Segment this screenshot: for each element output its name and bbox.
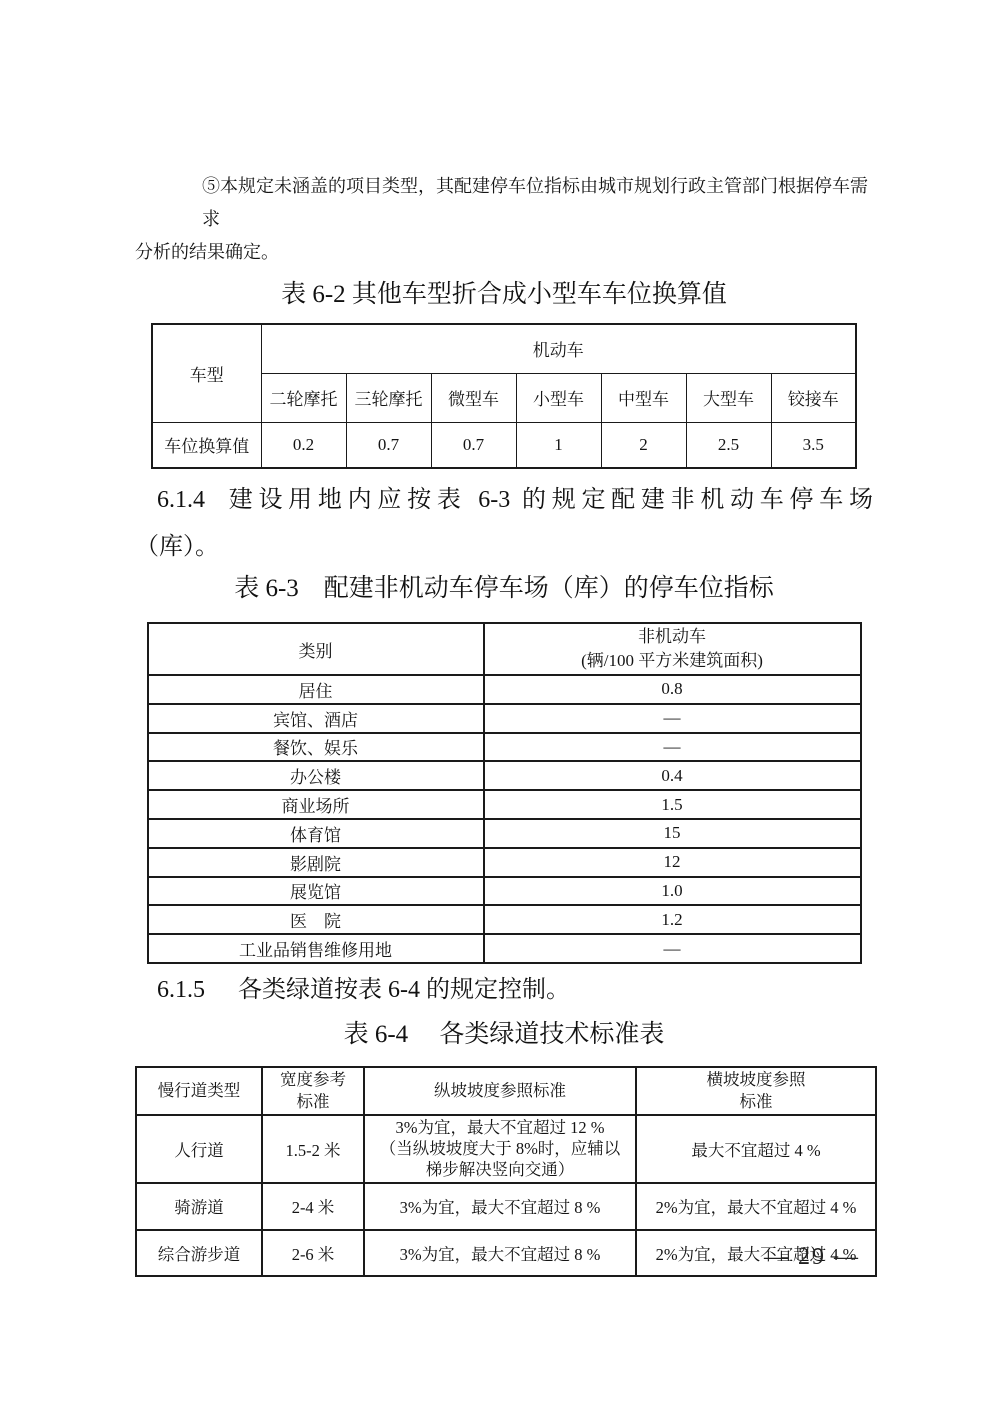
table-row: 车位换算值 0.2 0.7 0.7 1 2 2.5 3.5 [152,422,856,468]
table-row: 办公楼 0.4 [148,761,861,790]
category-cell: 影剧院 [148,848,484,877]
table-6-4-title: 表 6-4 各类绿道技术标准表 [135,1018,873,1052]
longitudinal-slope-cell: 3%为宜，最大不宜超过 8 % [364,1230,636,1276]
category-cell: 餐饮、娱乐 [148,733,484,762]
category-cell: 办公楼 [148,761,484,790]
category-cell: 商业场所 [148,790,484,819]
table-row: 工业品销售维修用地 — [148,934,861,963]
column-header-cell: 三轮摩托 [346,373,431,422]
table-row: 展览馆 1.0 [148,877,861,906]
table-row: 居住 0.8 [148,675,861,704]
row-label-cell: 车位换算值 [152,422,261,468]
value-cell: 3.5 [771,422,856,468]
cross-slope-header-line-2: 标准 [637,1091,875,1113]
longitudinal-slope-cell: 3%为宜，最大不宜超过 8 % [364,1183,636,1230]
table-row: 骑游道 2-4 米 3%为宜，最大不宜超过 8 % 2%为宜，最大不宜超过 4 … [136,1183,876,1230]
value-cell: 1.2 [484,905,861,934]
table-row: 车型 机动车 [152,324,856,373]
non-motor-header-line-1: 非机动车 [485,625,860,649]
category-cell: 展览馆 [148,877,484,906]
width-cell: 2-6 米 [262,1230,364,1276]
category-cell: 工业品销售维修用地 [148,934,484,963]
section-6-1-5-line-1: 6.1.5各类绿道按表 6-4 的规定控制。 [135,975,873,1005]
table-6-3: 类别 非机动车 (辆/100 平方米建筑面积) 居住 0.8 宾馆、酒店 — 餐… [147,622,862,964]
page-number: — 29 — [764,1244,860,1271]
column-header-cell: 微型车 [431,373,516,422]
column-header-cell: 中型车 [601,373,686,422]
motor-vehicle-group-header-cell: 机动车 [261,324,856,373]
intro-line-1: ⑤本规定未涵盖的项目类型，其配建停车位指标由城市规划行政主管部门根据停车需求 [135,170,873,236]
section-text: 各类绿道按表 6-4 的规定控制。 [238,977,570,1003]
page-content: ⑤本规定未涵盖的项目类型，其配建停车位指标由城市规划行政主管部门根据停车需求 分… [0,0,992,1277]
value-cell: 0.4 [484,761,861,790]
intro-paragraph: ⑤本规定未涵盖的项目类型，其配建停车位指标由城市规划行政主管部门根据停车需求 分… [135,170,873,269]
non-motor-header-cell: 非机动车 (辆/100 平方米建筑面积) [484,623,861,675]
vehicle-type-header-cell: 车型 [152,324,261,422]
column-header-cell: 二轮摩托 [261,373,346,422]
width-standard-header-line-1: 宽度参考 [263,1069,363,1091]
section-text: 建设用地内应按表 6-3 的规定配建非机动车停车场 [223,487,873,513]
section-6-1-4: 6.1.4建设用地内应按表 6-3 的规定配建非机动车停车场 （库）。 [135,477,873,571]
value-cell: — [484,704,861,733]
section-6-1-4-line-2: （库）。 [135,524,873,571]
value-cell: 0.8 [484,675,861,704]
section-6-1-4-line-1: 6.1.4建设用地内应按表 6-3 的规定配建非机动车停车场 [135,477,873,524]
value-cell: — [484,733,861,762]
longitudinal-slope-cell: 3%为宜，最大不宜超过 12 % （当纵坡坡度大于 8%时，应辅以 梯步解决竖向… [364,1115,636,1183]
section-number: 6.1.4 [157,487,205,513]
greenway-type-header-cell: 慢行道类型 [136,1067,262,1115]
slope-line-1: 3%为宜，最大不宜超过 12 % [365,1117,635,1138]
column-header-cell: 小型车 [516,373,601,422]
table-row: 商业场所 1.5 [148,790,861,819]
category-cell: 居住 [148,675,484,704]
table-row: 宾馆、酒店 — [148,704,861,733]
greenway-type-cell: 综合游步道 [136,1230,262,1276]
width-standard-header-line-2: 标准 [263,1091,363,1113]
value-cell: 2 [601,422,686,468]
table-6-2-title: 表 6-2 其他车型折合成小型车车位换算值 [135,278,873,312]
slope-line-2: （当纵坡坡度大于 8%时，应辅以 [365,1138,635,1159]
width-cell: 1.5-2 米 [262,1115,364,1183]
value-cell: 2.5 [686,422,771,468]
value-cell: 0.7 [431,422,516,468]
cross-slope-header-line-1: 横坡坡度参照 [637,1069,875,1091]
cross-slope-cell: 最大不宜超过 4 % [636,1115,876,1183]
value-cell: 1 [516,422,601,468]
table-row: 体育馆 15 [148,819,861,848]
width-cell: 2-4 米 [262,1183,364,1230]
value-cell: 1.5 [484,790,861,819]
document-page: ⑤本规定未涵盖的项目类型，其配建停车位指标由城市规划行政主管部门根据停车需求 分… [0,0,992,1404]
greenway-type-cell: 骑游道 [136,1183,262,1230]
value-cell: 0.2 [261,422,346,468]
cross-slope-cell: 2%为宜，最大不宜超过 4 % [636,1183,876,1230]
slope-line-3: 梯步解决竖向交通） [365,1159,635,1180]
longitudinal-slope-header-cell: 纵坡坡度参照标准 [364,1067,636,1115]
column-header-cell: 铰接车 [771,373,856,422]
intro-line-2: 分析的结果确定。 [135,242,279,262]
category-cell: 医 院 [148,905,484,934]
section-number: 6.1.5 [157,977,205,1003]
category-cell: 体育馆 [148,819,484,848]
section-6-1-5: 6.1.5各类绿道按表 6-4 的规定控制。 [135,975,873,1005]
table-6-2: 车型 机动车 二轮摩托 三轮摩托 微型车 小型车 中型车 大型车 铰接车 车位换… [151,323,857,469]
category-cell: 宾馆、酒店 [148,704,484,733]
table-row: 医 院 1.2 [148,905,861,934]
table-header-row: 慢行道类型 宽度参考 标准 纵坡坡度参照标准 横坡坡度参照 标准 [136,1067,876,1115]
column-header-cell: 大型车 [686,373,771,422]
table-6-3-title: 表 6-3 配建非机动车停车场（库）的停车位指标 [135,572,873,606]
table-header-row: 类别 非机动车 (辆/100 平方米建筑面积) [148,623,861,675]
category-header-cell: 类别 [148,623,484,675]
table-row: 影剧院 12 [148,848,861,877]
table-row: 人行道 1.5-2 米 3%为宜，最大不宜超过 12 % （当纵坡坡度大于 8%… [136,1115,876,1183]
width-standard-header-cell: 宽度参考 标准 [262,1067,364,1115]
greenway-type-cell: 人行道 [136,1115,262,1183]
table-row: 餐饮、娱乐 — [148,733,861,762]
value-cell: 1.0 [484,877,861,906]
value-cell: 12 [484,848,861,877]
non-motor-header-line-2: (辆/100 平方米建筑面积) [485,649,860,673]
value-cell: — [484,934,861,963]
value-cell: 15 [484,819,861,848]
cross-slope-header-cell: 横坡坡度参照 标准 [636,1067,876,1115]
value-cell: 0.7 [346,422,431,468]
